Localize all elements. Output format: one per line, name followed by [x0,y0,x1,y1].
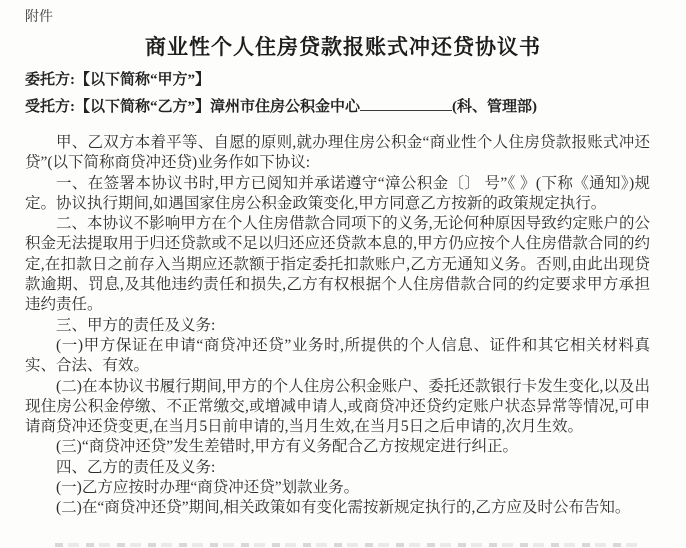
paragraph-clause-3-header: 三、甲方的责任及义务: [25,316,650,336]
document-title: 商业性个人住房贷款报账式冲还贷协议书 [30,34,656,61]
paragraph-clause-4-item-2: (二)在“商贷冲还贷”期间,相关政策如有变化需按新规定执行的,乙方应及时公布告知… [25,498,650,518]
paragraph-clause-3-item-2: (二)在本协议书履行期间,甲方的个人住房公积金账户、委托还款银行卡发生变化,以及… [25,377,650,438]
paragraph-clause-3-item-1: (一)甲方保证在申请“商贷冲还贷”业务时,所提供的个人信息、证件和其它相关材料真… [25,336,650,377]
next-line-cutoff-artifact [55,543,641,547]
party-b-line: 受托方:【以下简称“乙方”】漳州市住房公积金中心(科、管理部) [25,97,656,117]
paragraph-clause-4-header: 四、乙方的责任及义务: [25,458,650,478]
party-b-blank-field [360,97,452,111]
attachment-label: 附件 [25,9,686,27]
agreement-body: 甲、乙双方本着平等、自愿的原则,就办理住房公积金“商业性个人住房贷款报账式冲还贷… [25,133,650,519]
paragraph-clause-1: 一、在签署本协议书时,甲方已阅知并承诺遵守“漳公积金〔〕 号”《 》(下称《通知… [25,174,650,215]
paragraph-clause-4-item-1: (一)乙方应按时办理“商贷冲还贷”划款业务。 [25,478,650,498]
party-b-suffix: (科、管理部) [452,99,537,115]
party-b-prefix: 受托方:【以下简称“乙方”】漳州市住房公积金中心 [25,99,360,115]
paragraph-clause-3-item-3: (三)“商贷冲还贷”发生差错时,甲方有义务配合乙方按规定进行纠正。 [25,437,650,457]
party-a-line: 委托方:【以下简称“甲方”】 [25,70,656,90]
paragraph-preamble: 甲、乙双方本着平等、自愿的原则,就办理住房公积金“商业性个人住房贷款报账式冲还贷… [25,133,650,174]
agreement-document-page: 附件 商业性个人住房贷款报账式冲还贷协议书 委托方:【以下简称“甲方”】 受托方… [0,0,686,548]
paragraph-clause-2: 二、本协议不影响甲方在个人住房借款合同项下的义务,无论何种原因导致约定账户的公积… [25,214,650,315]
